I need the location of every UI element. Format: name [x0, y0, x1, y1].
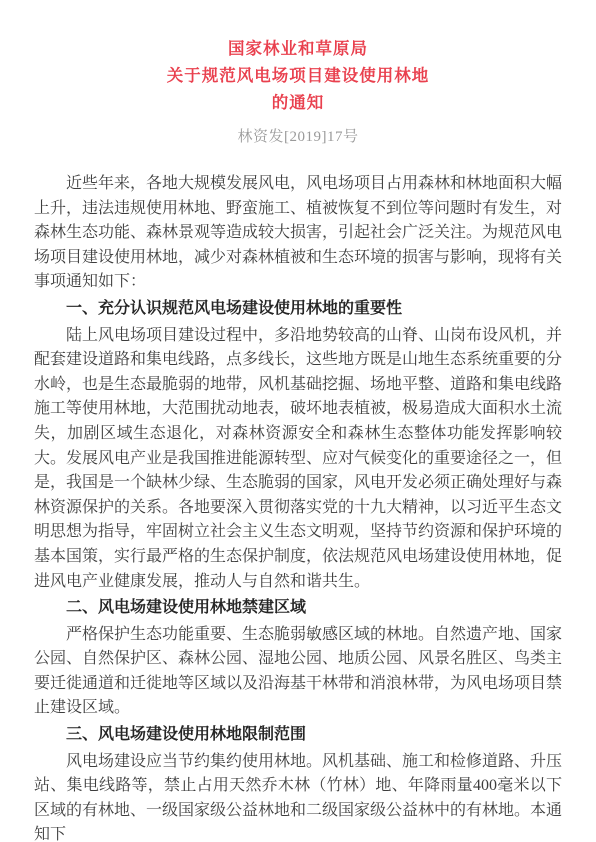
document-page: 国家林业和草原局 关于规范风电场项目建设使用林地 的通知 林资发[2019]17… — [0, 0, 596, 842]
section-heading-2: 二、风电场建设使用林地禁建区域 — [34, 596, 562, 621]
section-heading-1: 一、充分认识规范风电场建设使用林地的重要性 — [34, 297, 562, 322]
document-number: 林资发[2019]17号 — [0, 126, 596, 148]
document-title-line-2: 关于规范风电场项目建设使用林地 — [0, 63, 596, 90]
paragraph-section-3: 风电场建设应当节约集约使用林地。风机基础、施工和检修道路、升压站、集电线路等，禁… — [34, 750, 562, 842]
document-header: 国家林业和草原局 关于规范风电场项目建设使用林地 的通知 林资发[2019]17… — [0, 0, 596, 148]
paragraph-section-1: 陆上风电场项目建设过程中，多沿地势较高的山脊、山岗布设风机，并配套建设道路和集电… — [34, 324, 562, 595]
document-body: 近些年来，各地大规模发展风电，风电场项目占用森林和林地面积大幅上升，违法违规使用… — [34, 172, 562, 842]
paragraph-intro: 近些年来，各地大规模发展风电，风电场项目占用森林和林地面积大幅上升，违法违规使用… — [34, 172, 562, 295]
section-heading-3: 三、风电场建设使用林地限制范围 — [34, 723, 562, 748]
paragraph-section-2: 严格保护生态功能重要、生态脆弱敏感区域的林地。自然遗产地、国家公园、自然保护区、… — [34, 623, 562, 721]
document-title-line-1: 国家林业和草原局 — [0, 36, 596, 63]
document-title-line-3: 的通知 — [0, 90, 596, 117]
